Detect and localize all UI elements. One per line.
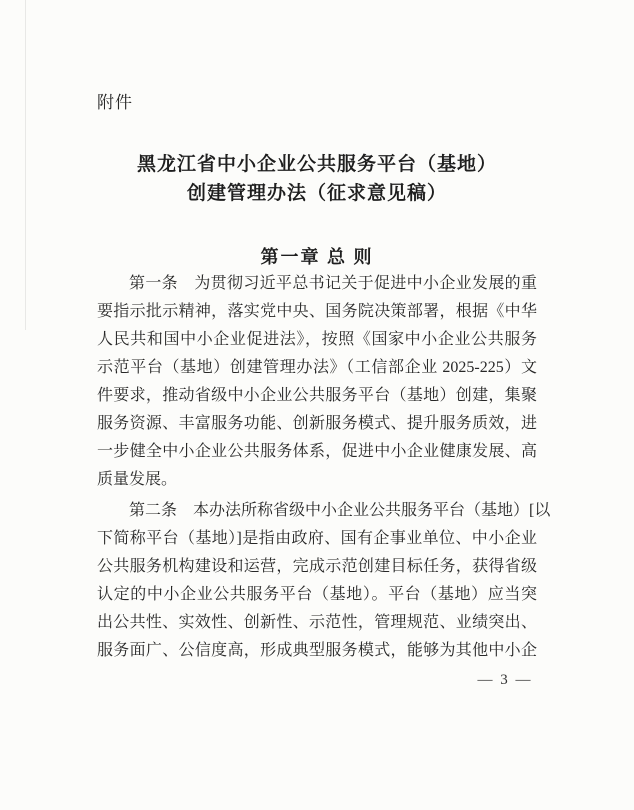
document-title-line-2: 创建管理办法（征求意见稿）	[0, 178, 634, 205]
body-line: 人民共和国中小企业促进法》，按照《国家中小企业公共服务	[97, 326, 537, 354]
body-line: 示范平台（基地）创建管理办法》（工信部企业 2025-225）文	[97, 354, 537, 382]
body-line: 质量发展。	[97, 466, 537, 494]
body-line: 认定的中小企业公共服务平台（基地）。平台（基地）应当突	[97, 581, 537, 609]
body-line: 出公共性、实效性、创新性、示范性，管理规范、业绩突出、	[97, 609, 537, 637]
body-line: 件要求，推动省级中小企业公共服务平台（基地）创建，集聚	[97, 382, 537, 410]
paragraph-article-2: 第二条 本办法所称省级中小企业公共服务平台（基地）[以 下简称平台（基地）]是指…	[97, 497, 537, 665]
document-title-line-1: 黑龙江省中小企业公共服务平台（基地）	[0, 149, 634, 176]
paragraph-article-1: 第一条 为贯彻习近平总书记关于促进中小企业发展的重 要指示批示精神，落实党中央、…	[97, 270, 537, 494]
attachment-label: 附件	[97, 88, 133, 113]
body-line: 公共服务机构建设和运营，完成示范创建目标任务，获得省级	[97, 553, 537, 581]
body-line: 服务资源、丰富服务功能、创新服务模式、提升服务质效，进	[97, 410, 537, 438]
body-line: 第二条 本办法所称省级中小企业公共服务平台（基地）[以	[97, 497, 537, 525]
chapter-heading: 第一章 总 则	[0, 243, 634, 269]
page-number: — 3 —	[450, 672, 560, 689]
body-line: 下简称平台（基地）]是指由政府、国有企事业单位、中小企业	[97, 525, 537, 553]
body-line: 要指示批示精神，落实党中央、国务院决策部署，根据《中华	[97, 298, 537, 326]
document-page: 附件 黑龙江省中小企业公共服务平台（基地） 创建管理办法（征求意见稿） 第一章 …	[0, 0, 634, 810]
body-line: 第一条 为贯彻习近平总书记关于促进中小企业发展的重	[97, 270, 537, 298]
body-line: 服务面广、公信度高，形成典型服务模式，能够为其他中小企	[97, 637, 537, 665]
body-line: 一步健全中小企业公共服务体系，促进中小企业健康发展、高	[97, 438, 537, 466]
